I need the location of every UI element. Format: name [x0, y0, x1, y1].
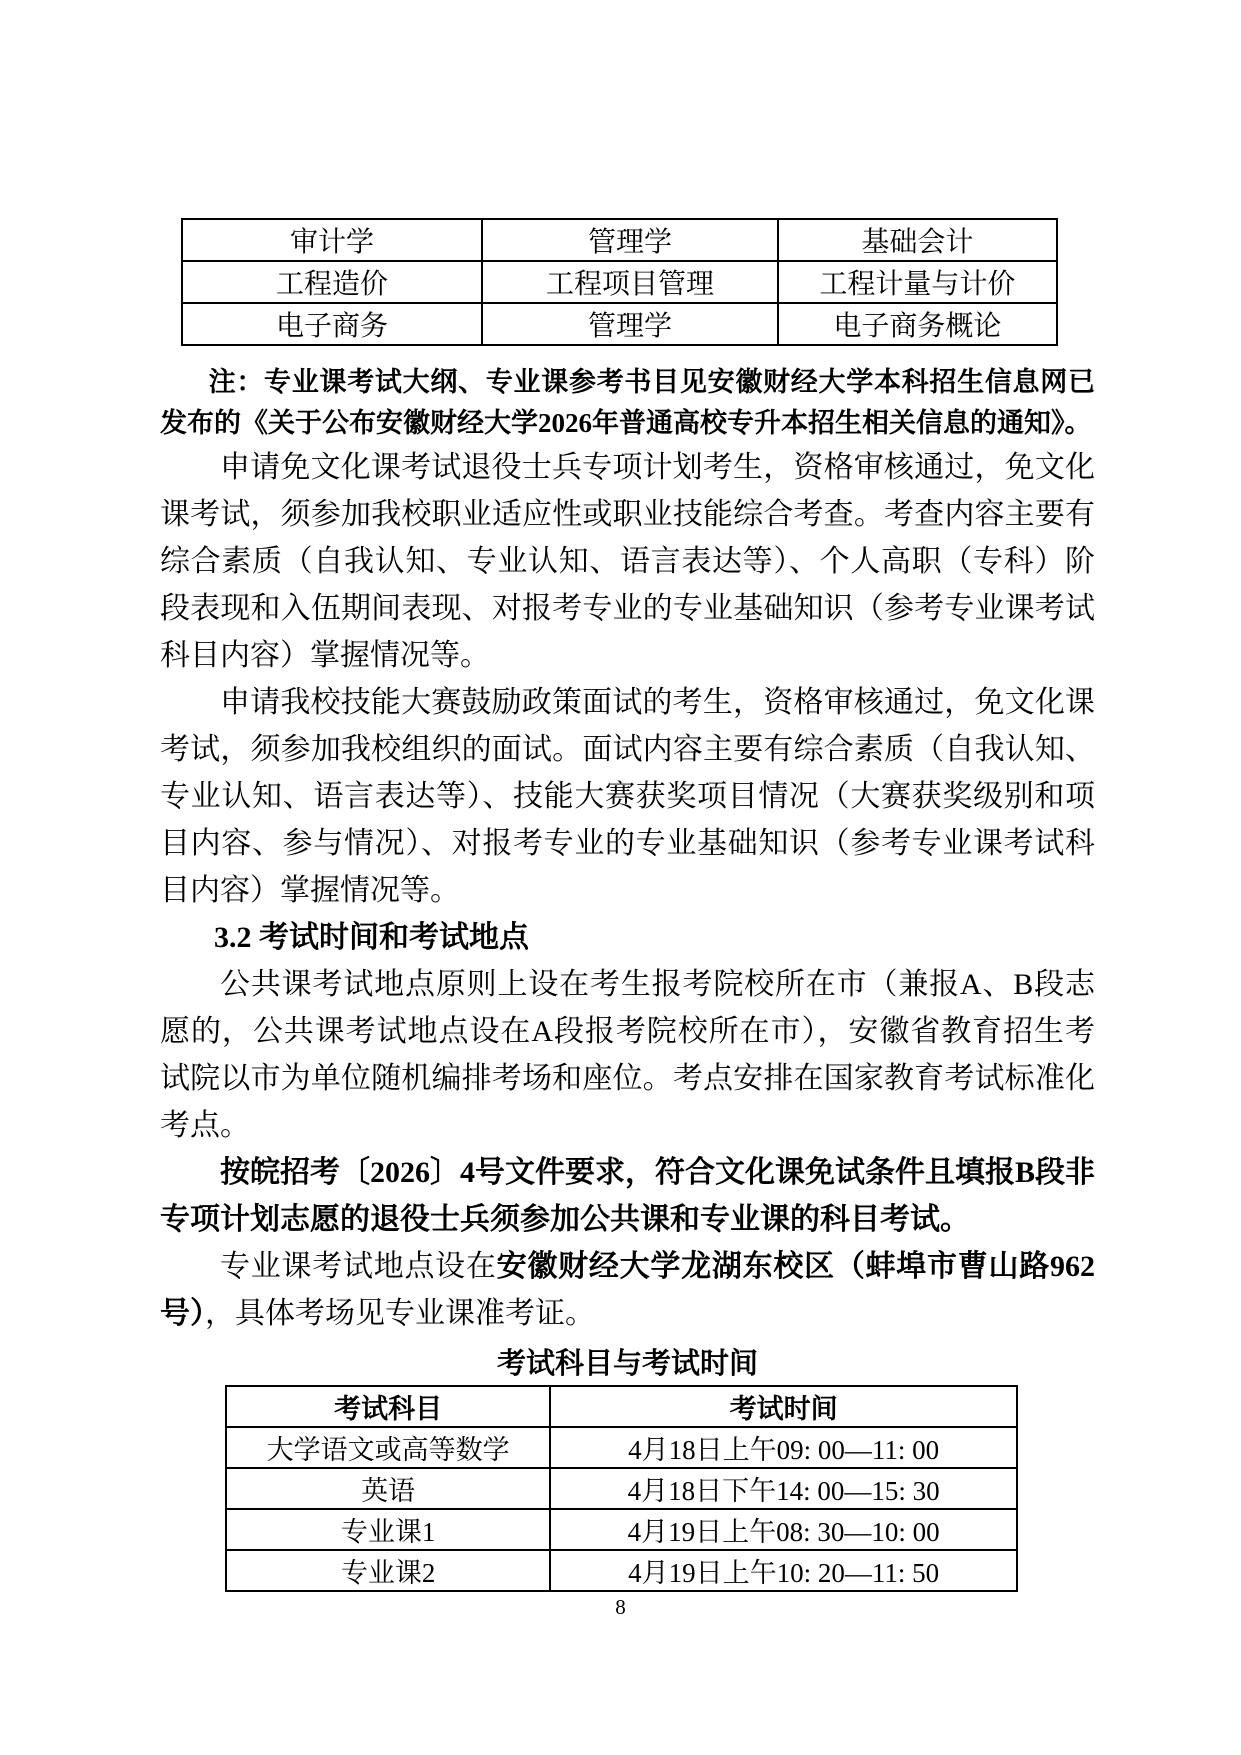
subject-cell: 审计学 — [182, 219, 482, 261]
page-number: 8 — [0, 1595, 1241, 1620]
location-prefix-text: 专业课考试地点设在 — [220, 1250, 497, 1283]
schedule-time-cell: 4月18日下午14: 00—15: 30 — [550, 1468, 1017, 1509]
schedule-subject-cell: 英语 — [226, 1468, 550, 1509]
document-page: 审计学 管理学 基础会计 工程造价 工程项目管理 工程计量与计价 电子商务 管理… — [0, 0, 1241, 1755]
schedule-subject-cell: 专业课1 — [226, 1509, 550, 1550]
subject-cell: 工程计量与计价 — [778, 261, 1057, 303]
subject-course-table: 审计学 管理学 基础会计 工程造价 工程项目管理 工程计量与计价 电子商务 管理… — [181, 218, 1058, 346]
subject-cell: 基础会计 — [778, 219, 1057, 261]
table-row: 英语 4月18日下午14: 00—15: 30 — [226, 1468, 1017, 1509]
schedule-table-title: 考试科目与考试时间 — [160, 1343, 1095, 1385]
location-suffix-text: ，具体考场见专业课准考证。 — [205, 1297, 595, 1330]
schedule-time-cell: 4月18日上午09: 00—11: 00 — [550, 1427, 1017, 1468]
schedule-time-cell: 4月19日上午10: 20—11: 50 — [550, 1550, 1017, 1591]
subject-cell: 工程造价 — [182, 261, 482, 303]
table-header-row: 考试科目 考试时间 — [226, 1386, 1017, 1427]
table-row: 电子商务 管理学 电子商务概论 — [182, 303, 1057, 345]
paragraph-skills-contest: 申请我校技能大赛鼓励政策面试的考生，资格审核通过，免文化课考试，须参加我校组织的… — [160, 679, 1095, 914]
paragraph-public-course-location: 公共课考试地点原则上设在考生报考院校所在市（兼报A、B段志愿的，公共课考试地点设… — [160, 961, 1095, 1149]
table-row: 专业课1 4月19日上午08: 30—10: 00 — [226, 1509, 1017, 1550]
subject-cell: 工程项目管理 — [482, 261, 778, 303]
subject-cell: 电子商务概论 — [778, 303, 1057, 345]
table-row: 大学语文或高等数学 4月18日上午09: 00—11: 00 — [226, 1427, 1017, 1468]
schedule-time-cell: 4月19日上午08: 30—10: 00 — [550, 1509, 1017, 1550]
column-header-subject: 考试科目 — [226, 1386, 550, 1427]
subject-cell: 管理学 — [482, 219, 778, 261]
subject-cell: 管理学 — [482, 303, 778, 345]
table-row: 专业课2 4月19日上午10: 20—11: 50 — [226, 1550, 1017, 1591]
section-heading-3-2: 3.2 考试时间和考试地点 — [160, 914, 1095, 961]
schedule-subject-cell: 大学语文或高等数学 — [226, 1427, 550, 1468]
paragraph-policy-requirement: 按皖招考〔2026〕4号文件要求，符合文化课免试条件且填报B段非专项计划志愿的退… — [160, 1149, 1095, 1243]
table-row: 审计学 管理学 基础会计 — [182, 219, 1057, 261]
schedule-subject-cell: 专业课2 — [226, 1550, 550, 1591]
table-row: 工程造价 工程项目管理 工程计量与计价 — [182, 261, 1057, 303]
subject-cell: 电子商务 — [182, 303, 482, 345]
exam-schedule-table: 考试科目 考试时间 大学语文或高等数学 4月18日上午09: 00—11: 00… — [225, 1385, 1018, 1592]
paragraph-major-course-location: 专业课考试地点设在安徽财经大学龙湖东校区（蚌埠市曹山路962号），具体考场见专业… — [160, 1243, 1095, 1337]
note-paragraph: 注：专业课考试大纲、专业课参考书目见安徽财经大学本科招生信息网已发布的《关于公布… — [160, 362, 1095, 444]
paragraph-exempt-veterans: 申请免文化课考试退役士兵专项计划考生，资格审核通过，免文化课考试，须参加我校职业… — [160, 444, 1095, 679]
column-header-time: 考试时间 — [550, 1386, 1017, 1427]
